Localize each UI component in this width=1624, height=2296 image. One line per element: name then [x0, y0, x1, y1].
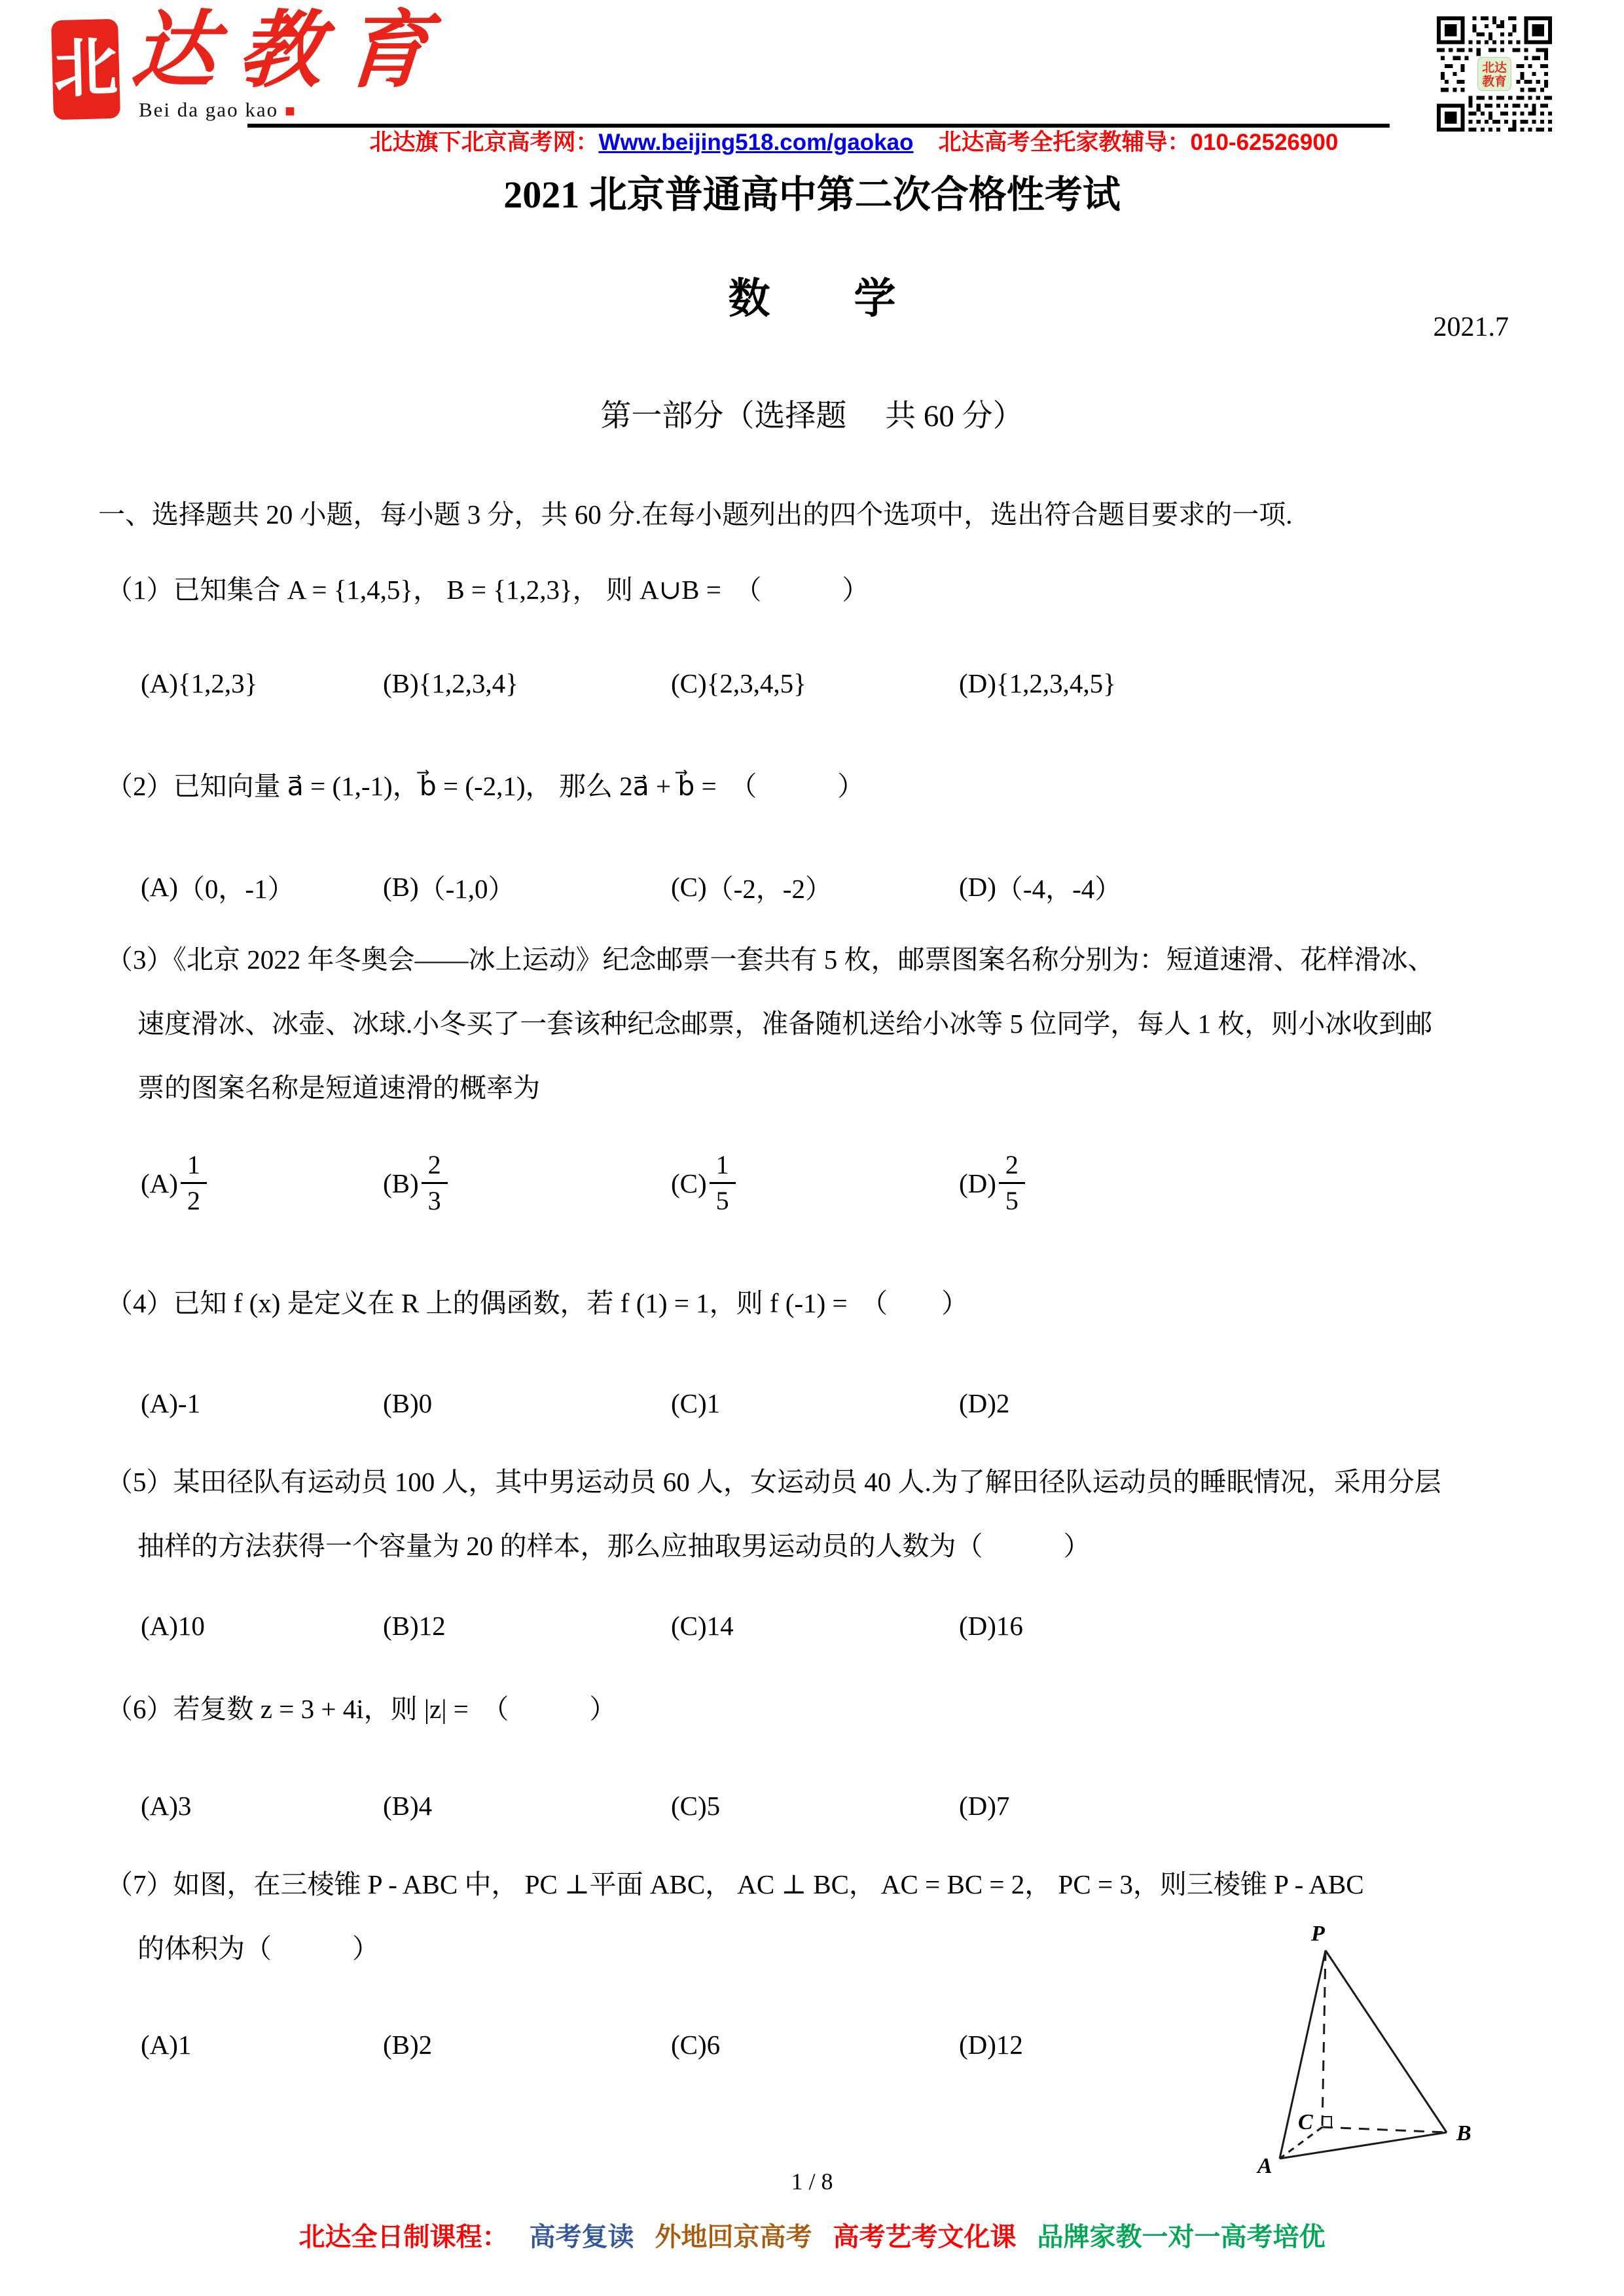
question-4: （4）已知 f (x) 是定义在 R 上的偶函数，若 f (1) = 1，则 f… [106, 1271, 1552, 1335]
course-item-label: 北达全日制课程： [299, 2223, 509, 2251]
question-3: （3）《北京 2022 年冬奥会——冰上运动》纪念邮票一套共有 5 枚，邮票图案… [106, 927, 1552, 1120]
option-c: (C)14 [671, 1610, 959, 1641]
option-label: (C) [671, 1168, 707, 1199]
question-7-stem-line1: （7）如图，在三棱锥 P - ABC 中， PC ⊥平面 ABC， AC ⊥ B… [106, 1852, 1480, 1916]
course-item: 外地回京高考 [655, 2223, 812, 2251]
option-value: 1 [178, 2029, 192, 2060]
edge-PC-dashed [1322, 1950, 1326, 2127]
tetrahedron-figure: P A B C [1240, 1921, 1522, 2202]
header-contact-line: 北达旗下北京高考网：Www.beijing518.com/gaokao北达高考全… [357, 98, 1338, 157]
option-a: (A)1 [141, 2029, 383, 2060]
brand-subtitle: Bei da gao kao■ [139, 98, 297, 122]
option-value: {1,2,3,4,5} [996, 668, 1116, 699]
option-label: (D) [959, 1388, 996, 1419]
fraction-numerator: 2 [999, 1149, 1025, 1184]
brand-subtitle-text: Bei da gao kao [139, 98, 278, 121]
option-label: (D) [959, 1790, 996, 1821]
option-a: (A)3 [141, 1790, 383, 1821]
option-label: (B) [383, 871, 419, 903]
option-label: (C) [671, 871, 707, 903]
option-a: (A)12 [141, 1149, 383, 1217]
option-value: （0，-1） [178, 867, 295, 906]
option-value: 12 [419, 1610, 446, 1641]
brand-subtitle-marker: ■ [285, 101, 297, 120]
option-label: (A) [141, 1790, 178, 1821]
header-divider [247, 124, 1390, 128]
option-value: 2 [996, 1388, 1010, 1419]
page-number: 1 / 8 [0, 2168, 1624, 2195]
option-value: 2 [419, 2029, 433, 2060]
question-2-stem: （2）已知向量 a⃗ = (1,-1)，b⃗ = (-2,1)， 那么 2a⃗ … [106, 754, 1552, 818]
option-label: (B) [383, 1388, 419, 1419]
question-5-options: (A)10 (B)12 (C)14 (D)16 [106, 1610, 1552, 1641]
option-a: (A){1,2,3} [141, 668, 383, 699]
option-value: {1,2,3,4} [419, 668, 518, 699]
option-value: 3 [178, 1790, 192, 1821]
question-6: （6）若复数 z = 3 + 4i，则 |z| = （ ） [106, 1677, 1552, 1741]
option-d: (D){1,2,3,4,5} [959, 668, 1552, 699]
question-1-stem: （1）已知集合 A = {1,4,5}， B = {1,2,3}， 则 A∪B … [106, 558, 1552, 622]
fraction-denominator: 2 [181, 1184, 207, 1217]
option-value: 16 [996, 1610, 1023, 1641]
vertex-label-B: B [1456, 2121, 1471, 2145]
option-d: (D)2 [959, 1388, 1552, 1419]
site-label: 北达旗下北京高考网： [369, 130, 598, 155]
question-2-options: (A)（0，-1） (B)（-1,0） (C)（-2，-2） (D)（-4，-4… [106, 867, 1552, 906]
option-value: 14 [707, 1610, 734, 1641]
option-value: 7 [996, 1790, 1010, 1821]
fraction: 15 [710, 1149, 736, 1217]
option-label: (A) [141, 1388, 178, 1419]
phone-number: 010-62526900 [1191, 130, 1339, 155]
fraction-denominator: 3 [422, 1184, 448, 1217]
option-value: 6 [707, 2029, 721, 2060]
question-6-stem: （6）若复数 z = 3 + 4i，则 |z| = （ ） [106, 1677, 1552, 1741]
option-label: (D) [959, 1168, 996, 1199]
fraction: 23 [422, 1149, 448, 1217]
option-value: （-2，-2） [707, 867, 832, 906]
qr-code-graphic: 北达 教育 [1437, 16, 1552, 132]
qr-label-line1: 北达 [1482, 60, 1507, 75]
option-c: (C)5 [671, 1790, 959, 1821]
edge-CB-dashed [1322, 2127, 1447, 2132]
question-7-options: (A)1 (B)2 (C)6 (D)12 [106, 2029, 1205, 2060]
option-label: (D) [959, 2029, 996, 2060]
option-value: 5 [707, 1790, 721, 1821]
option-d: (D)25 [959, 1149, 1552, 1217]
question-5-stem-line2: 抽样的方法获得一个容量为 20 的样本，那么应抽取男运动员的人数为（ ） [106, 1514, 1552, 1578]
question-3-stem-line1: （3）《北京 2022 年冬奥会——冰上运动》纪念邮票一套共有 5 枚，邮票图案… [106, 927, 1552, 992]
option-label: (C) [671, 1388, 707, 1419]
option-c: (C)（-2，-2） [671, 867, 959, 906]
edge-AB [1280, 2132, 1447, 2159]
option-value: 10 [178, 1610, 205, 1641]
option-c: (C)1 [671, 1388, 959, 1419]
fraction-numerator: 1 [710, 1149, 736, 1184]
question-3-stem-line2: 速度滑冰、冰壶、冰球.小冬买了一套该种纪念邮票，准备随机送给小冰等 5 位同学，… [106, 992, 1552, 1056]
option-label: (A) [141, 1168, 178, 1199]
vertex-label-P: P [1310, 1922, 1325, 1946]
option-label: (B) [383, 1790, 419, 1821]
option-value: {1,2,3} [178, 668, 257, 699]
option-b: (B)23 [383, 1149, 671, 1217]
question-6-options: (A)3 (B)4 (C)5 (D)7 [106, 1790, 1552, 1821]
option-value: （-1,0） [419, 867, 515, 906]
option-b: (B)0 [383, 1388, 671, 1419]
tutor-label: 北达高考全托家教辅导： [939, 130, 1191, 155]
option-value: 1 [707, 1388, 721, 1419]
option-value: 0 [419, 1388, 433, 1419]
seal-character: 北 [53, 37, 119, 103]
option-label: (C) [671, 2029, 707, 2060]
brand-name: 达教育 [129, 5, 454, 98]
fraction: 25 [999, 1149, 1025, 1217]
question-3-stem-line3: 票的图案名称是短道速滑的概率为 [106, 1056, 1552, 1120]
question-3-options: (A)12 (B)23 (C)15 (D)25 [106, 1149, 1552, 1217]
question-1-options: (A){1,2,3} (B){1,2,3,4} (C){2,3,4,5} (D)… [106, 668, 1552, 699]
option-label: (C) [671, 1790, 707, 1821]
qr-code: 北达 教育 [1437, 16, 1552, 132]
option-d: (D)（-4，-4） [959, 867, 1552, 906]
option-d: (D)7 [959, 1790, 1552, 1821]
option-a: (A)-1 [141, 1388, 383, 1419]
option-b: (B)4 [383, 1790, 671, 1821]
option-label: (B) [383, 668, 419, 699]
vertex-label-C: C [1298, 2110, 1313, 2134]
fraction-numerator: 1 [181, 1149, 207, 1184]
tetrahedron-svg: P A B C [1240, 1921, 1522, 2202]
instructions-text: 一、选择题共 20 小题，每小题 3 分，共 60 分.在每小题列出的四个选项中… [98, 493, 1545, 531]
option-value: 4 [419, 1790, 433, 1821]
option-b: (B)12 [383, 1610, 671, 1641]
option-a: (A)（0，-1） [141, 867, 383, 906]
question-2: （2）已知向量 a⃗ = (1,-1)，b⃗ = (-2,1)， 那么 2a⃗ … [106, 754, 1552, 818]
exam-date: 2021.7 [1434, 312, 1509, 343]
option-value: {2,3,4,5} [707, 668, 806, 699]
section-heading: 第一部分（选择题 共 60 分） [0, 391, 1624, 435]
option-a: (A)10 [141, 1610, 383, 1641]
question-5: （5）某田径队有运动员 100 人，其中男运动员 60 人，女运动员 40 人.… [106, 1450, 1552, 1578]
option-label: (D) [959, 668, 996, 699]
option-b: (B){1,2,3,4} [383, 668, 671, 699]
option-c: (C){2,3,4,5} [671, 668, 959, 699]
option-value: 12 [996, 2029, 1023, 2060]
course-item: 高考复读 [530, 2223, 634, 2251]
option-c: (C)15 [671, 1149, 959, 1217]
fraction-denominator: 5 [999, 1184, 1025, 1217]
option-label: (A) [141, 2029, 178, 2060]
option-c: (C)6 [671, 2029, 959, 2060]
option-b: (B)2 [383, 2029, 671, 2060]
fraction-numerator: 2 [422, 1149, 448, 1184]
question-1: （1）已知集合 A = {1,4,5}， B = {1,2,3}， 则 A∪B … [106, 558, 1552, 622]
option-value: -1 [178, 1388, 200, 1419]
option-label: (B) [383, 1610, 419, 1641]
course-item: 高考艺考文化课 [833, 2223, 1017, 2251]
right-angle-mark [1322, 2117, 1331, 2127]
option-label: (B) [383, 1168, 419, 1199]
fraction-denominator: 5 [710, 1184, 736, 1217]
option-value: （-4，-4） [996, 867, 1121, 906]
question-5-stem-line1: （5）某田径队有运动员 100 人，其中男运动员 60 人，女运动员 40 人.… [106, 1450, 1552, 1514]
option-b: (B)（-1,0） [383, 867, 671, 906]
course-item: 品牌家教一对一高考培优 [1038, 2223, 1326, 2251]
exam-title: 2021 北京普通高中第二次合格性考试 [0, 164, 1624, 219]
qr-label-line2: 教育 [1481, 74, 1507, 89]
gaokao-site-link[interactable]: Www.beijing518.com/gaokao [598, 130, 913, 155]
option-label: (A) [141, 871, 178, 903]
subject-title: 数 学 [0, 265, 1624, 325]
brand-seal: 北 [51, 19, 120, 120]
option-label: (C) [671, 668, 707, 699]
footer-courses: 北达全日制课程：高考复读外地回京高考高考艺考文化课品牌家教一对一高考培优 [0, 2216, 1624, 2253]
option-label: (A) [141, 668, 178, 699]
fraction: 12 [181, 1149, 207, 1217]
question-4-stem: （4）已知 f (x) 是定义在 R 上的偶函数，若 f (1) = 1，则 f… [106, 1271, 1552, 1335]
option-label: (C) [671, 1610, 707, 1641]
option-label: (B) [383, 2029, 419, 2060]
option-label: (D) [959, 871, 996, 903]
option-label: (A) [141, 1610, 178, 1641]
option-d: (D)16 [959, 1610, 1552, 1641]
option-label: (D) [959, 1610, 996, 1641]
option-d: (D)12 [959, 2029, 1205, 2060]
edge-PB [1326, 1950, 1447, 2132]
question-4-options: (A)-1 (B)0 (C)1 (D)2 [106, 1388, 1552, 1419]
